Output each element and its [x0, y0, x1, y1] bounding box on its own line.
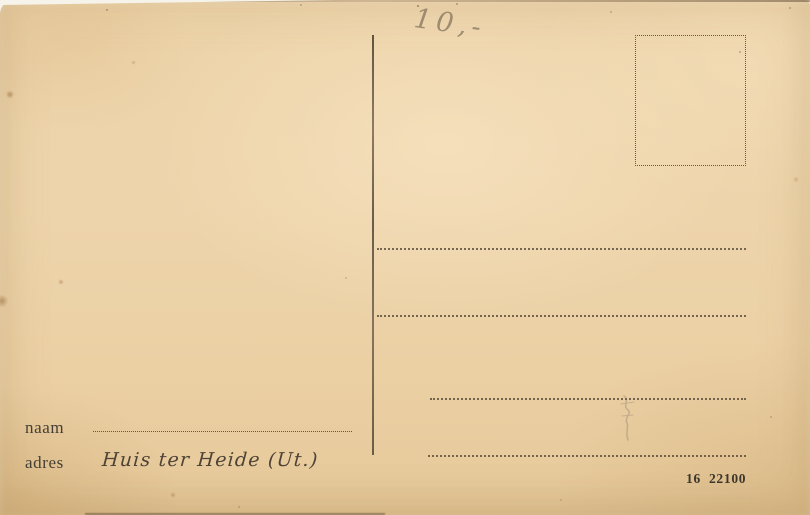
address-rule-line [428, 455, 746, 457]
age-spot [0, 294, 8, 308]
age-spot [58, 279, 64, 285]
pencil-smudge [614, 392, 644, 444]
pencil-price-note: 10,- [412, 3, 488, 44]
name-rule-line [93, 431, 352, 432]
postcard-paper: naam adres Huis ter Heide (Ut.) 16 22100… [0, 0, 810, 515]
center-divider-line [372, 35, 374, 455]
serial-number: 16 22100 [686, 471, 746, 487]
address-printed-script: Huis ter Heide (Ut.) [101, 449, 319, 471]
name-label: naam [25, 418, 64, 438]
postcard-back-scan: naam adres Huis ter Heide (Ut.) 16 22100… [0, 0, 810, 515]
age-spot [170, 492, 176, 498]
age-spot [6, 90, 14, 99]
address-rule-line [377, 315, 746, 317]
age-spot [793, 176, 799, 183]
address-rule-line [430, 398, 746, 400]
address-label: adres [25, 453, 64, 473]
stamp-box [635, 35, 746, 166]
address-rule-line [377, 248, 746, 250]
age-spot [131, 60, 136, 65]
